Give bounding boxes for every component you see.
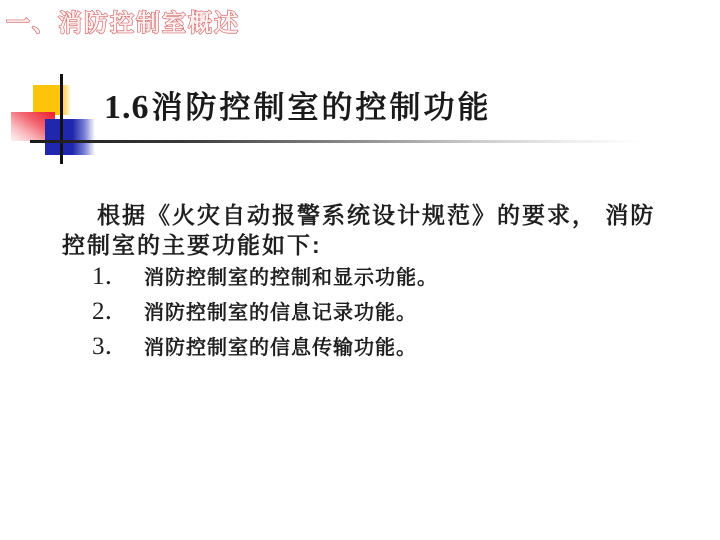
list-item-number: 3． [92, 334, 144, 360]
slide-title-number: 1.6 [104, 89, 150, 127]
decoration-blue-square [45, 119, 95, 155]
list-item-text: 消防控制室的控制和显示功能。 [144, 265, 438, 291]
body-paragraph-line-2: 控制室的主要功能如下: [62, 230, 667, 260]
list-item-number: 1． [92, 264, 144, 290]
list-item-text: 消防控制室的信息传输功能。 [144, 335, 417, 361]
list-item: 1． 消防控制室的控制和显示功能。 [92, 264, 438, 291]
function-list: 1． 消防控制室的控制和显示功能。 2． 消防控制室的信息记录功能。 3． 消防… [92, 264, 438, 369]
slide-title: 1.6 消防控制室的控制功能 [104, 82, 492, 127]
list-item: 3． 消防控制室的信息传输功能。 [92, 334, 438, 361]
list-item: 2． 消防控制室的信息记录功能。 [92, 299, 438, 326]
title-underline-rule [30, 140, 642, 143]
body-paragraph-line-1: 根据《火灾自动报警系统设计规范》的要求， 消防 [62, 200, 667, 230]
presentation-slide: 一、消防控制室概述 1.6 消防控制室的控制功能 根据《火灾自动报警系统设计规范… [0, 0, 720, 540]
slide-title-text: 消防控制室的控制功能 [152, 82, 492, 127]
decoration-yellow-square [33, 85, 71, 115]
decoration-vertical-line [60, 74, 63, 164]
section-header: 一、消防控制室概述 [6, 3, 240, 38]
list-item-text: 消防控制室的信息记录功能。 [144, 300, 417, 326]
list-item-number: 2． [92, 299, 144, 325]
body-paragraph: 根据《火灾自动报警系统设计规范》的要求， 消防 控制室的主要功能如下: [62, 200, 667, 260]
